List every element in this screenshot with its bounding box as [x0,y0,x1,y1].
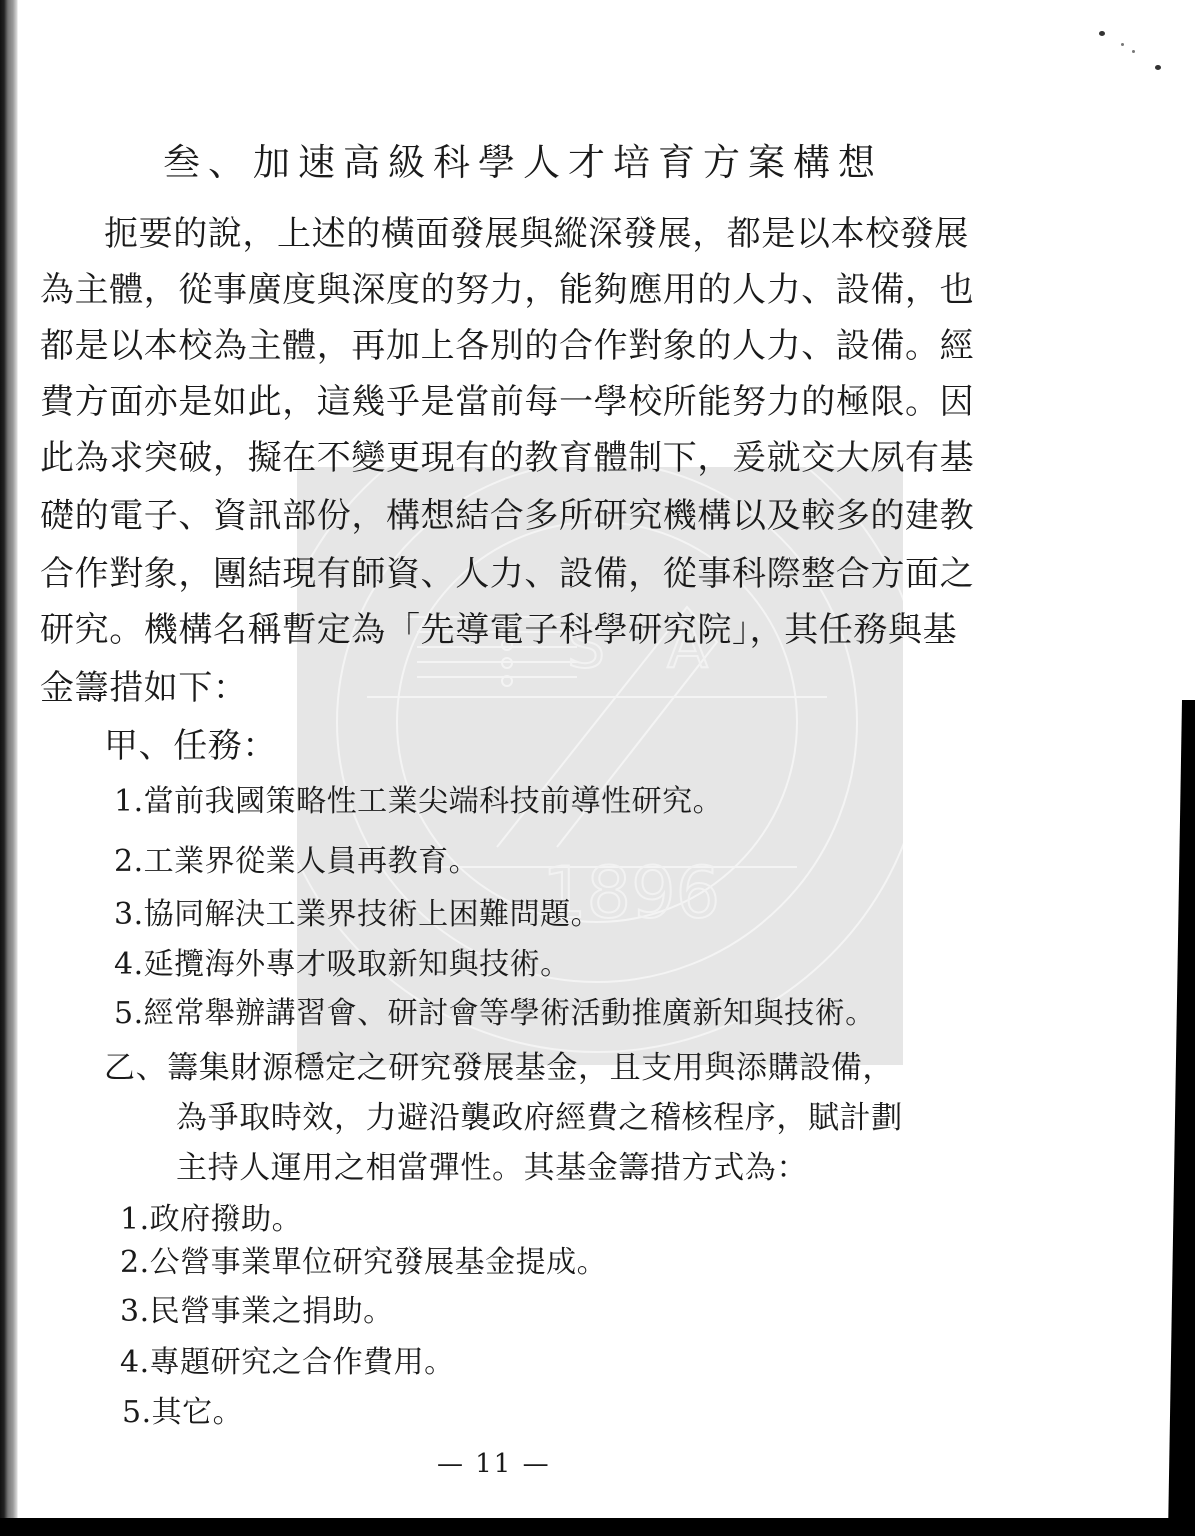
task-item: 2.工業界從業人員再教育。 [114,842,479,882]
scanned-page: S A 1896 叁、加速高級科學人才培育方案構想 扼要的說，上述的橫面發展與縱… [0,0,1195,1536]
task-item: 3.協同解決工業界技術上困難問題。 [114,895,601,935]
paragraph-line: 礎的電子、資訊部份，構想結合多所研究機構以及較多的建教 [40,494,974,538]
paragraph-line: 合作對象，團結現有師資、人力、設備，從事科際整合方面之 [40,552,974,596]
section-b-heading-line: 為爭取時效，力避沿襲政府經費之稽核程序，賦計劃 [176,1096,903,1140]
task-item: 4.延攬海外專才吸取新知與技術。 [114,945,571,985]
funding-item: 3.民營事業之捐助。 [120,1292,394,1332]
paragraph-line: 金籌措如下： [40,666,248,710]
section-title: 叁、加速高級科學人才培育方案構想 [163,138,883,188]
paragraph-line: 扼要的說，上述的橫面發展與縱深發展，都是以本校發展 [104,212,969,256]
section-b-heading-line: 主持人運用之相當彈性。其基金籌措方式為： [176,1146,808,1190]
funding-item: 4.專題研究之合作費用。 [120,1343,455,1383]
task-item: 5.經常舉辦講習會、研討會等學術活動推廣新知與技術。 [114,994,876,1034]
scan-bottom-edge-shadow [0,1518,1195,1536]
funding-item: 5.其它。 [122,1393,243,1433]
scan-dust-specks [1095,25,1175,75]
paragraph-line: 研究。機構名稱暫定為「先導電子科學研究院」，其任務與基 [40,608,957,652]
funding-item: 2.公營事業單位研究發展基金提成。 [120,1243,607,1283]
paragraph-line: 為主體，從事廣度與深度的努力，能夠應用的人力、設備，也 [40,268,974,312]
task-item: 1.當前我國策略性工業尖端科技前導性研究。 [114,782,723,822]
section-a-heading: 甲、任務： [104,724,277,768]
funding-item: 1.政府撥助。 [120,1200,302,1240]
paragraph-line: 費方面亦是如此，這幾乎是當前每一學校所能努力的極限。因 [40,380,974,424]
paragraph-line: 都是以本校為主體，再加上各別的合作對象的人力、設備。經 [40,324,974,368]
paragraph-line: 此為求突破，擬在不變更現有的教育體制下，爰就交大夙有基 [40,436,974,480]
page-number: — 11 — [437,1448,551,1480]
scan-right-edge-shadow [1168,700,1195,1536]
section-b-heading-line: 乙、籌集財源穩定之研究發展基金，且支用與添購設備， [104,1046,894,1090]
scan-left-edge-shadow [0,0,18,1520]
